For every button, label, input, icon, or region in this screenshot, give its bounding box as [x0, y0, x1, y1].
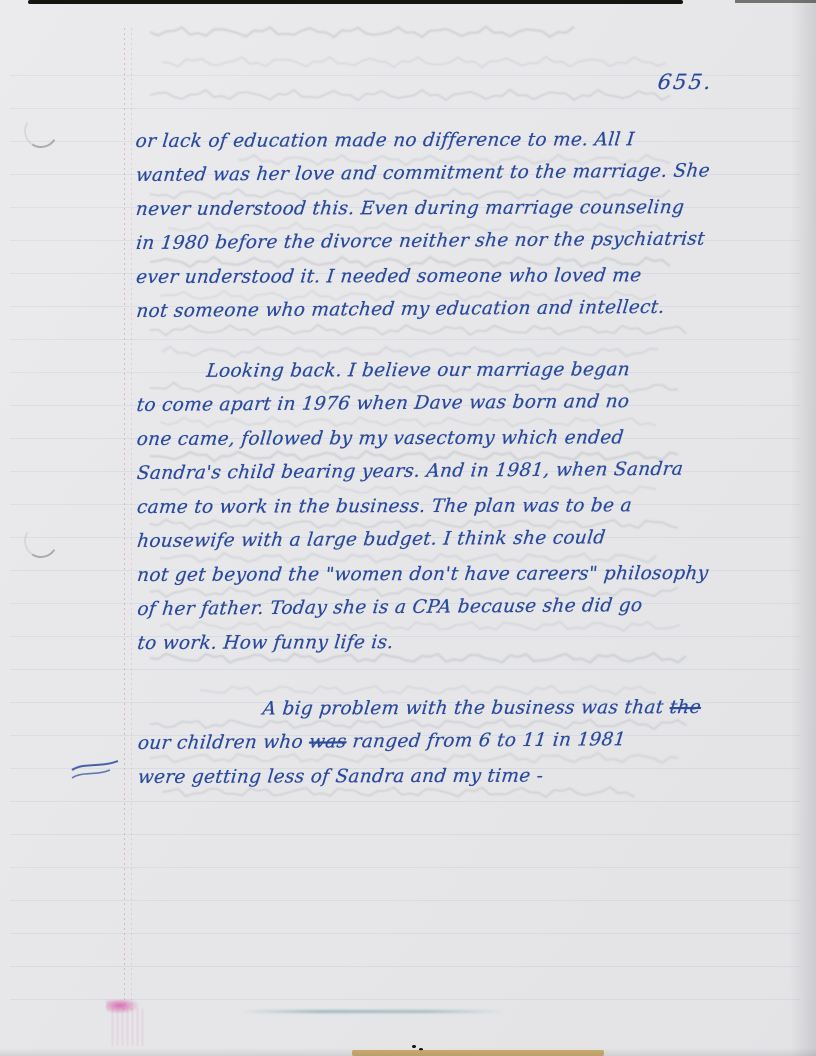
handwriting-text: ranged from 6 to 11 in 1981 [345, 729, 627, 752]
scanned-page: 655. or lack of education made no differ… [0, 0, 816, 1056]
scan-edge-bottom [0, 1048, 816, 1056]
handwriting-text: or lack of education made no difference … [135, 129, 636, 152]
handwriting-line: Sandra's child bearing years. And in 198… [135, 453, 705, 491]
handwriting-text: ever understood it. I needed someone who… [135, 265, 642, 288]
bleed-through-line [162, 57, 666, 67]
handwriting-line: not get beyond the "women don't have car… [135, 557, 704, 593]
handwriting-text: our children who [137, 732, 310, 754]
handwriting-paragraph: or lack of education made no difference … [134, 123, 701, 329]
handwriting-line: wanted was her love and commitment to th… [134, 155, 704, 193]
handwriting-text: of her father. Today she is a CPA becaus… [136, 595, 643, 620]
ruled-line [10, 108, 800, 109]
handwriting-line: our children who was ranged from 6 to 11… [136, 723, 706, 761]
handwriting-body: or lack of education made no difference … [134, 123, 702, 795]
handwriting-line: housewife with a large budget. I think s… [135, 521, 705, 559]
handwriting-text: not someone who matched my education and… [135, 297, 665, 322]
hole-punch [21, 111, 61, 151]
ruled-line [10, 933, 800, 934]
struck-word: the [669, 697, 702, 718]
double-stroke-tick-icon [70, 758, 122, 784]
page-number: 655. [656, 70, 714, 94]
handwriting-line: A big problem with the business was that… [136, 691, 705, 727]
bleed-through-line [150, 90, 670, 101]
ruled-line [10, 867, 800, 868]
handwriting-text: A big problem with the business was that [262, 697, 671, 719]
handwriting-line: in 1980 before the divorce neither she n… [134, 223, 704, 261]
hole-punch [21, 521, 61, 561]
pink-smudge-streaks [112, 1008, 146, 1046]
bleed-through-line [150, 27, 574, 37]
handwriting-line: to work. How funny life is. [136, 625, 705, 661]
handwriting-text: never understood this. Even during marri… [135, 197, 685, 220]
handwriting-text: came to work in the business. The plan w… [136, 495, 633, 518]
handwriting-text: not get beyond the "women don't have car… [136, 563, 709, 586]
handwriting-line: were getting less of Sandra and my time … [136, 759, 705, 795]
ruled-line [10, 966, 800, 967]
handwriting-line: ever understood it. I needed someone who… [134, 259, 703, 295]
handwriting-paragraph: Looking back. I believe our marriage beg… [135, 353, 702, 661]
handwriting-text: were getting less of Sandra and my time … [137, 766, 544, 788]
handwriting-text: Looking back. I believe our marriage beg… [205, 359, 631, 381]
margin-line [131, 28, 132, 1013]
handwriting-text: Sandra's child bearing years. And in 198… [136, 459, 684, 484]
handwriting-line: of her father. Today she is a CPA becaus… [136, 589, 706, 627]
handwriting-text: housewife with a large budget. I think s… [136, 527, 606, 552]
handwriting-text: to come apart in 1976 when Dave was born… [136, 391, 631, 416]
handwriting-text: wanted was her love and commitment to th… [135, 160, 711, 186]
handwriting-text: to work. How funny life is. [136, 632, 394, 654]
handwriting-line: came to work in the business. The plan w… [135, 489, 704, 525]
ruled-line [10, 900, 800, 901]
handwriting-line: never understood this. Even during marri… [134, 191, 703, 227]
handwriting-line: not someone who matched my education and… [135, 291, 705, 329]
handwriting-text: in 1980 before the divorce neither she n… [135, 229, 706, 254]
handwriting-line: one came, followed by my vasectomy which… [135, 421, 704, 457]
faint-blue-streak [240, 1010, 505, 1013]
scan-edge-right [790, 0, 816, 1056]
handwriting-line: Looking back. I believe our marriage beg… [135, 353, 704, 389]
handwriting-line: or lack of education made no difference … [134, 123, 703, 159]
ruled-line [10, 834, 800, 835]
struck-word: was [308, 731, 348, 752]
margin-line [124, 28, 125, 1013]
ruled-line [10, 801, 800, 802]
scan-edge-top [28, 0, 683, 4]
handwriting-text: one came, followed by my vasectomy which… [136, 427, 625, 450]
handwriting-line: to come apart in 1976 when Dave was born… [135, 385, 705, 423]
handwriting-paragraph: A big problem with the business was that… [136, 691, 702, 795]
